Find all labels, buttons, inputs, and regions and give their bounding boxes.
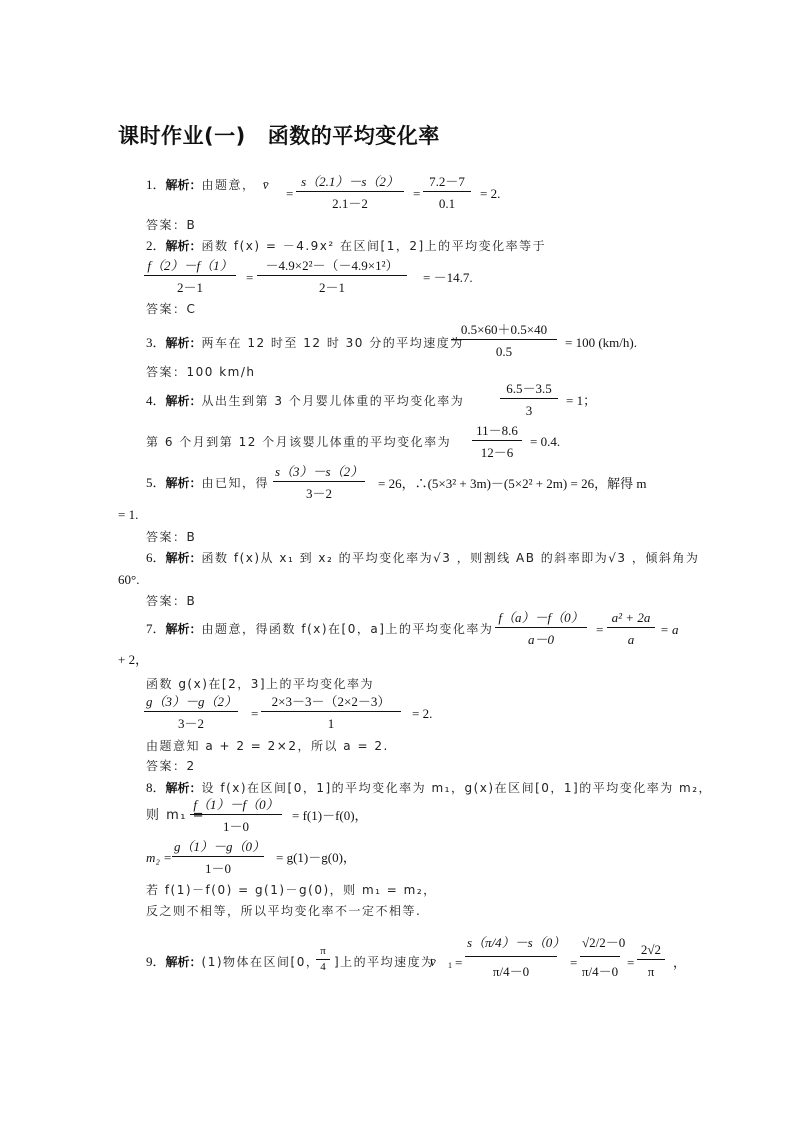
- denominator: 0.5: [451, 340, 557, 359]
- analysis-label: 解析：: [166, 394, 202, 408]
- numerator: f（a）－f（0）: [495, 610, 587, 628]
- fraction: 11－8.6 12－6: [472, 423, 522, 460]
- numerator: 0.5×60＋0.5×40: [451, 322, 557, 340]
- denominator: 3: [500, 399, 558, 418]
- problem-text: 由题意，: [202, 178, 256, 192]
- continuation: 60°.: [118, 572, 139, 588]
- numerator: a² + 2a: [607, 610, 655, 628]
- problem-number: 1．: [146, 177, 166, 192]
- equals-sign: =: [286, 186, 293, 202]
- fraction: 0.5×60＋0.5×40 0.5: [451, 322, 557, 359]
- answer-line: 答案：C: [146, 301, 196, 317]
- problem-9-line: 9．解析：(1)物体在区间[0，: [146, 954, 319, 970]
- equals-sign: =: [596, 622, 603, 638]
- numerator: 7.2－7: [423, 174, 471, 192]
- problem-text: 由题意，得函数 f(x)在[0，a]上的平均变化率为: [202, 622, 494, 636]
- problem-text: 函数 f(x) = －4.9x² 在区间[1，2]上的平均变化率等于: [202, 239, 547, 253]
- result: = 100 (km/h).: [565, 335, 637, 351]
- denominator: π/4－0: [580, 957, 620, 983]
- analysis-label: 解析：: [166, 622, 202, 636]
- denominator: 3－2: [144, 712, 238, 731]
- problem-2-line: 2．解析：函数 f(x) = －4.9x² 在区间[1，2]上的平均变化率等于: [146, 238, 546, 254]
- result: = f(1)－f(0)，: [292, 808, 368, 824]
- problem-6-line: 6．解析：函数 f(x)从 x₁ 到 x₂ 的平均变化率为√3 ，则割线 AB …: [146, 550, 699, 566]
- fraction: 7.2－7 0.1: [423, 174, 471, 211]
- velocity-symbol: v̄: [430, 954, 436, 970]
- problem-text: (1)物体在区间[0，: [202, 955, 320, 969]
- velocity-symbol: v̄: [263, 177, 269, 192]
- numerator: 2√2: [637, 942, 665, 960]
- problem-7-line: 7．解析：由题意，得函数 f(x)在[0，a]上的平均变化率为: [146, 621, 493, 637]
- answer-line: 答案：B: [146, 529, 196, 545]
- numerator: f（1）－f（0）: [190, 797, 282, 815]
- analysis-label: 解析：: [166, 336, 202, 350]
- problem-8-line: 8．解析：设 f(x)在区间[0，1]的平均变化率为 m₁，g(x)在区间[0，…: [146, 780, 712, 796]
- answer-line: 答案：B: [146, 217, 196, 233]
- problem-text: ]上的平均速度为: [334, 954, 435, 970]
- numerator: 6.5－3.5: [500, 381, 558, 399]
- fraction: s（3）－s（2） 3－2: [273, 464, 365, 501]
- denominator: 2－1: [144, 276, 236, 295]
- numerator: 11－8.6: [472, 423, 522, 441]
- denominator: 12－6: [472, 441, 522, 460]
- numerator: g（1）－g（0）: [172, 839, 264, 857]
- numerator: s（2.1）－s（2）: [296, 174, 404, 192]
- problem-number: 5．: [146, 475, 166, 490]
- problem-number: 3．: [146, 335, 166, 350]
- problem-number: 7．: [146, 621, 166, 636]
- fraction: f（2）－f（1） 2－1: [144, 258, 236, 295]
- pi-over-4: π 4: [316, 945, 330, 973]
- answer-line: 答案：100 km/h: [146, 364, 256, 380]
- problem-4-line: 4．解析：从出生到第 3 个月婴儿体重的平均变化率为: [146, 393, 464, 409]
- denominator: 1: [261, 712, 401, 731]
- fraction: 2√2 π: [637, 942, 665, 979]
- numerator: f（2）－f（1）: [144, 258, 236, 276]
- denominator: 3－2: [273, 482, 365, 501]
- result: = 0.4.: [530, 434, 560, 450]
- punctuation: ，: [673, 955, 686, 971]
- continuation: + 2，: [118, 652, 148, 668]
- fraction: 6.5－3.5 3: [500, 381, 558, 418]
- numerator: √2/2－0: [580, 932, 620, 957]
- document-page: 课时作业(一)函数的平均变化率 1．解析：由题意， v̄ = s（2.1）－s（…: [0, 0, 793, 1122]
- denominator: a－0: [495, 628, 587, 647]
- fraction: s（2.1）－s（2） 2.1－2: [296, 174, 404, 211]
- result: = －14.7.: [423, 270, 473, 286]
- page-title: 课时作业(一)函数的平均变化率: [118, 120, 440, 150]
- fraction: g（3）－g（2） 3－2: [144, 694, 238, 731]
- numerator: －4.9×2²－（－4.9×1²）: [257, 258, 407, 276]
- fraction: －4.9×2²－（－4.9×1²） 2－1: [257, 258, 407, 295]
- analysis-label: 解析：: [166, 178, 202, 192]
- problem-1-line: 1．解析：由题意， v̄: [146, 177, 269, 193]
- result: = 1；: [566, 393, 596, 409]
- problem-number: 9．: [146, 954, 166, 969]
- denominator: 0.1: [423, 192, 471, 211]
- numerator: s（π/4）－s（0）: [465, 932, 557, 957]
- fraction: g（1）－g（0） 1－0: [172, 839, 264, 876]
- equals-sign: =: [251, 706, 258, 722]
- denominator: 1－0: [172, 857, 264, 876]
- fraction: 2×3－3－（2×2－3） 1: [261, 694, 401, 731]
- equals-sign: =: [627, 955, 634, 971]
- analysis-label: 解析：: [166, 781, 202, 795]
- title-part1: 课时作业(一): [118, 124, 246, 148]
- problem-number: 2．: [146, 238, 166, 253]
- denominator: 1－0: [190, 815, 282, 834]
- analysis-label: 解析：: [166, 239, 202, 253]
- problem-number: 6．: [146, 550, 166, 565]
- denominator: 2.1－2: [296, 192, 404, 211]
- denominator: 4: [316, 960, 330, 973]
- fraction: s（π/4）－s（0） π/4－0: [465, 932, 557, 983]
- problem-text: 由已知，得: [202, 476, 270, 490]
- numerator: s（3）－s（2）: [273, 464, 365, 482]
- denominator: π/4－0: [465, 957, 557, 983]
- problem-text: 函数 g(x)在[2，3]上的平均变化率为: [146, 676, 374, 692]
- problem-text: 第 6 个月到第 12 个月该婴儿体重的平均变化率为: [146, 434, 451, 450]
- numerator: 2×3－3－（2×2－3）: [261, 694, 401, 712]
- problem-text: 反之则不相等，所以平均变化率不一定不相等.: [146, 903, 421, 919]
- subscript: 1: [448, 958, 452, 974]
- problem-number: 4．: [146, 393, 166, 408]
- problem-text: 两车在 12 时至 12 时 30 分的平均速度为: [202, 336, 464, 350]
- problem-5-line: 5．解析：由已知，得: [146, 475, 269, 491]
- problem-text: 函数 f(x)从 x₁ 到 x₂ 的平均变化率为√3 ，则割线 AB 的斜率即为…: [202, 551, 700, 565]
- result: = a: [660, 622, 679, 638]
- problem-text: 从出生到第 3 个月婴儿体重的平均变化率为: [202, 394, 465, 408]
- answer-line: 答案：B: [146, 593, 196, 609]
- equals-sign: =: [413, 186, 420, 202]
- denominator: a: [607, 628, 655, 647]
- problem-text: 设 f(x)在区间[0，1]的平均变化率为 m₁，g(x)在区间[0，1]的平均…: [202, 781, 712, 795]
- problem-number: 8．: [146, 780, 166, 795]
- fraction: f（1）－f（0） 1－0: [190, 797, 282, 834]
- analysis-label: 解析：: [166, 476, 202, 490]
- equation: = 26，∴(5×3² + 3m)－(5×2² + 2m) = 26，解得 m: [378, 476, 646, 492]
- problem-text: 由题意知 a + 2 = 2×2，所以 a = 2.: [146, 738, 389, 754]
- problem-text: 若 f(1)－f(0) = g(1)－g(0)，则 m₁ = m₂，: [146, 882, 437, 898]
- numerator: π: [316, 945, 330, 960]
- answer-line: 答案：2: [146, 758, 196, 774]
- denominator: 2－1: [257, 276, 407, 295]
- result: = 2.: [412, 706, 432, 722]
- fraction: √2/2－0 π/4－0: [580, 932, 620, 983]
- analysis-label: 解析：: [166, 955, 202, 969]
- title-part2: 函数的平均变化率: [268, 124, 440, 148]
- problem-3-line: 3．解析：两车在 12 时至 12 时 30 分的平均速度为: [146, 335, 464, 351]
- continuation: = 1.: [118, 507, 138, 523]
- numerator: g（3）－g（2）: [144, 694, 238, 712]
- result: = 2.: [480, 186, 500, 202]
- equals-sign: =: [570, 955, 577, 971]
- m2-label: m₂ =: [146, 850, 172, 866]
- analysis-label: 解析：: [166, 551, 202, 565]
- equals-sign: =: [455, 955, 462, 971]
- fraction: f（a）－f（0） a－0: [495, 610, 587, 647]
- result: = g(1)－g(0)，: [276, 850, 356, 866]
- denominator: π: [637, 960, 665, 979]
- fraction: a² + 2a a: [607, 610, 655, 647]
- equals-sign: =: [246, 270, 253, 286]
